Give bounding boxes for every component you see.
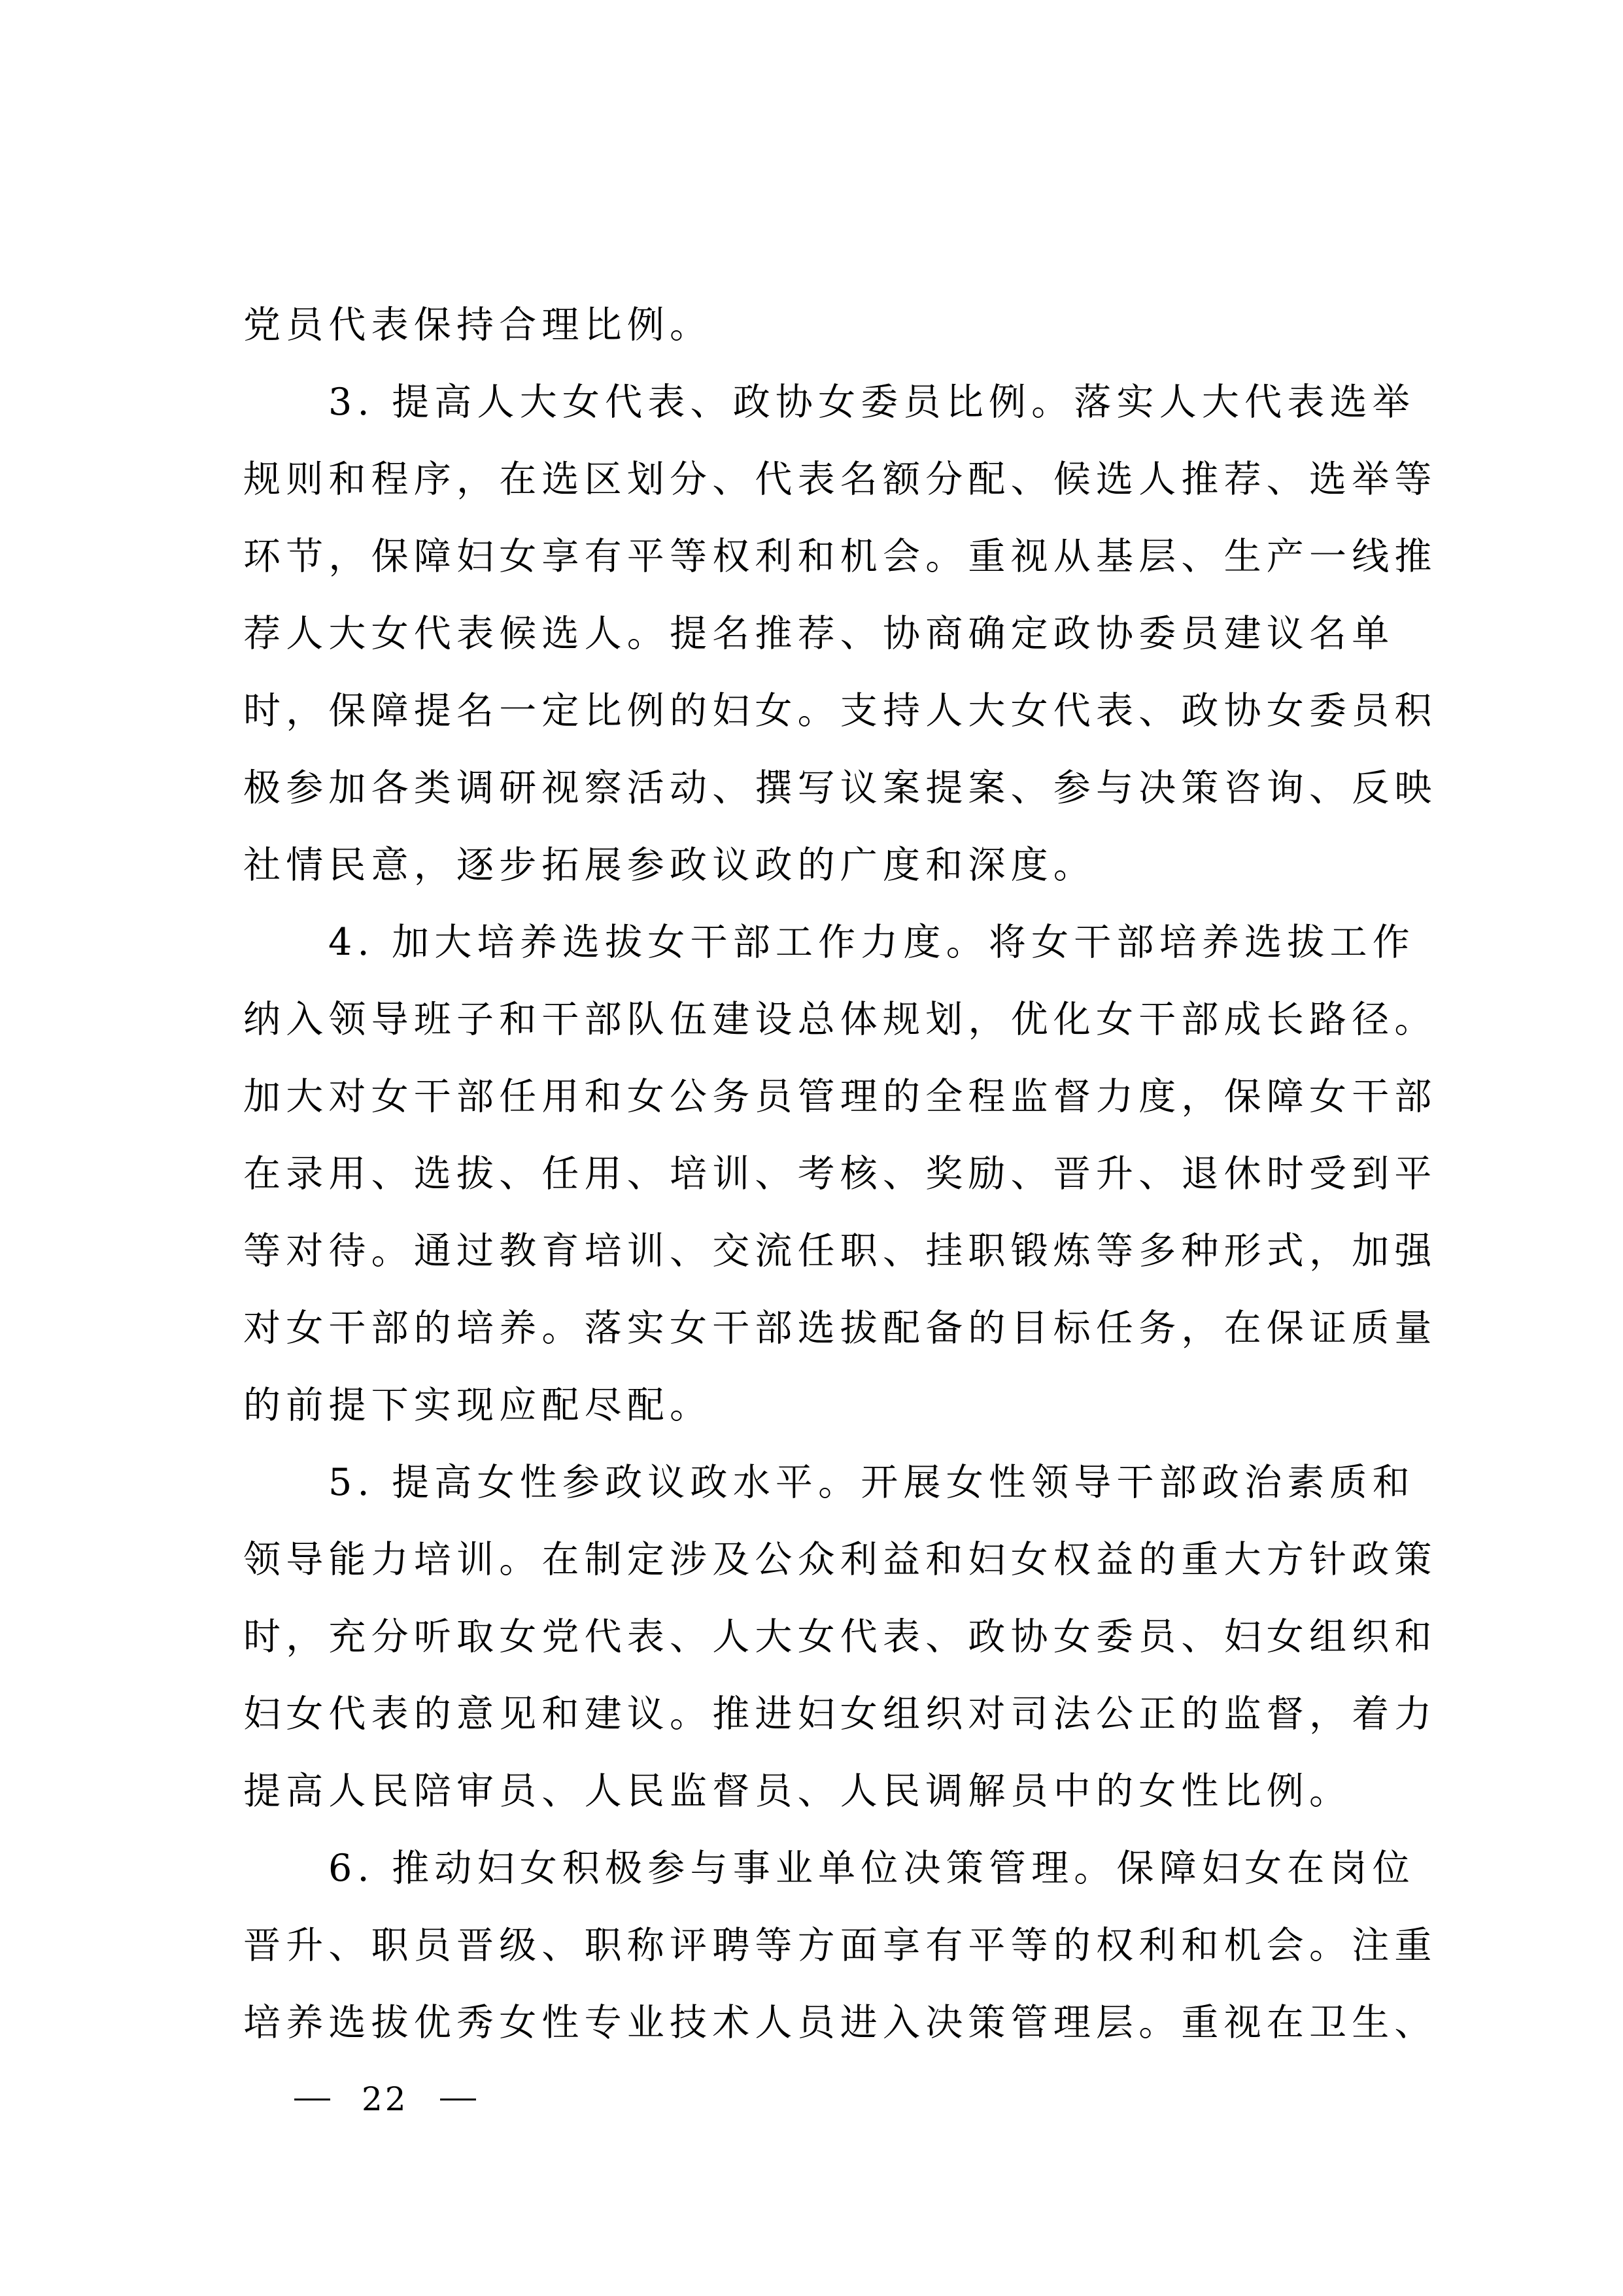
- paragraph-item-4-line: 的前提下实现应配尽配。: [243, 1376, 1440, 1453]
- paragraph-item-5-line: 领导能力培训。在制定涉及公众利益和妇女权益的重大方针政策: [243, 1530, 1440, 1607]
- paragraph-item-3-line: 规则和程序，在选区划分、代表名额分配、候选人推荐、选举等: [243, 450, 1440, 527]
- body-text: 党员代表保持合理比例。 3. 提高人大女代表、政协女委员比例。落实人大代表选举 …: [243, 296, 1440, 2070]
- paragraph-item-3-line: 社情民意，逐步拓展参政议政的广度和深度。: [243, 836, 1440, 913]
- page-number-value: 22: [362, 2080, 409, 2119]
- document-page: 党员代表保持合理比例。 3. 提高人大女代表、政协女委员比例。落实人大代表选举 …: [0, 0, 1623, 2296]
- paragraph-item-6-line: 培养选拔优秀女性专业技术人员进入决策管理层。重视在卫生、: [243, 1993, 1440, 2070]
- paragraph-item-5-line: 时，充分听取女党代表、人大女代表、政协女委员、妇女组织和: [243, 1607, 1440, 1685]
- paragraph-item-6-line: 晋升、职员晋级、职称评聘等方面享有平等的权利和机会。注重: [243, 1916, 1440, 1993]
- paragraph-item-3-line: 环节，保障妇女享有平等权利和机会。重视从基层、生产一线推: [243, 527, 1440, 604]
- paragraph-item-6-line: 6. 推动妇女积极参与事业单位决策管理。保障妇女在岗位: [243, 1839, 1440, 1916]
- page-number-left-dash: [294, 2099, 330, 2100]
- paragraph-item-4-line: 4. 加大培养选拔女干部工作力度。将女干部培养选拔工作: [243, 913, 1440, 990]
- page-number: 22: [294, 2080, 476, 2119]
- paragraph-item-4-line: 在录用、选拔、任用、培训、考核、奖励、晋升、退休时受到平: [243, 1144, 1440, 1222]
- page-number-right-dash: [440, 2099, 476, 2100]
- paragraph-item-3-line: 荐人大女代表候选人。提名推荐、协商确定政协委员建议名单: [243, 604, 1440, 681]
- paragraph-item-5-line: 妇女代表的意见和建议。推进妇女组织对司法公正的监督，着力: [243, 1685, 1440, 1762]
- paragraph-item-4-line: 对女干部的培养。落实女干部选拔配备的目标任务，在保证质量: [243, 1299, 1440, 1376]
- paragraph-item-5-line: 5. 提高女性参政议政水平。开展女性领导干部政治素质和: [243, 1453, 1440, 1530]
- paragraph-item-4-line: 等对待。通过教育培训、交流任职、挂职锻炼等多种形式，加强: [243, 1222, 1440, 1299]
- paragraph-item-5-line: 提高人民陪审员、人民监督员、人民调解员中的女性比例。: [243, 1762, 1440, 1839]
- paragraph-item-3-line: 极参加各类调研视察活动、撰写议案提案、参与决策咨询、反映: [243, 759, 1440, 836]
- paragraph-item-4-line: 纳入领导班子和干部队伍建设总体规划，优化女干部成长路径。: [243, 990, 1440, 1067]
- paragraph-item-4-line: 加大对女干部任用和女公务员管理的全程监督力度，保障女干部: [243, 1067, 1440, 1144]
- paragraph-continuation-line: 党员代表保持合理比例。: [243, 296, 1440, 373]
- paragraph-item-3-line: 3. 提高人大女代表、政协女委员比例。落实人大代表选举: [243, 373, 1440, 450]
- paragraph-item-3-line: 时，保障提名一定比例的妇女。支持人大女代表、政协女委员积: [243, 681, 1440, 759]
